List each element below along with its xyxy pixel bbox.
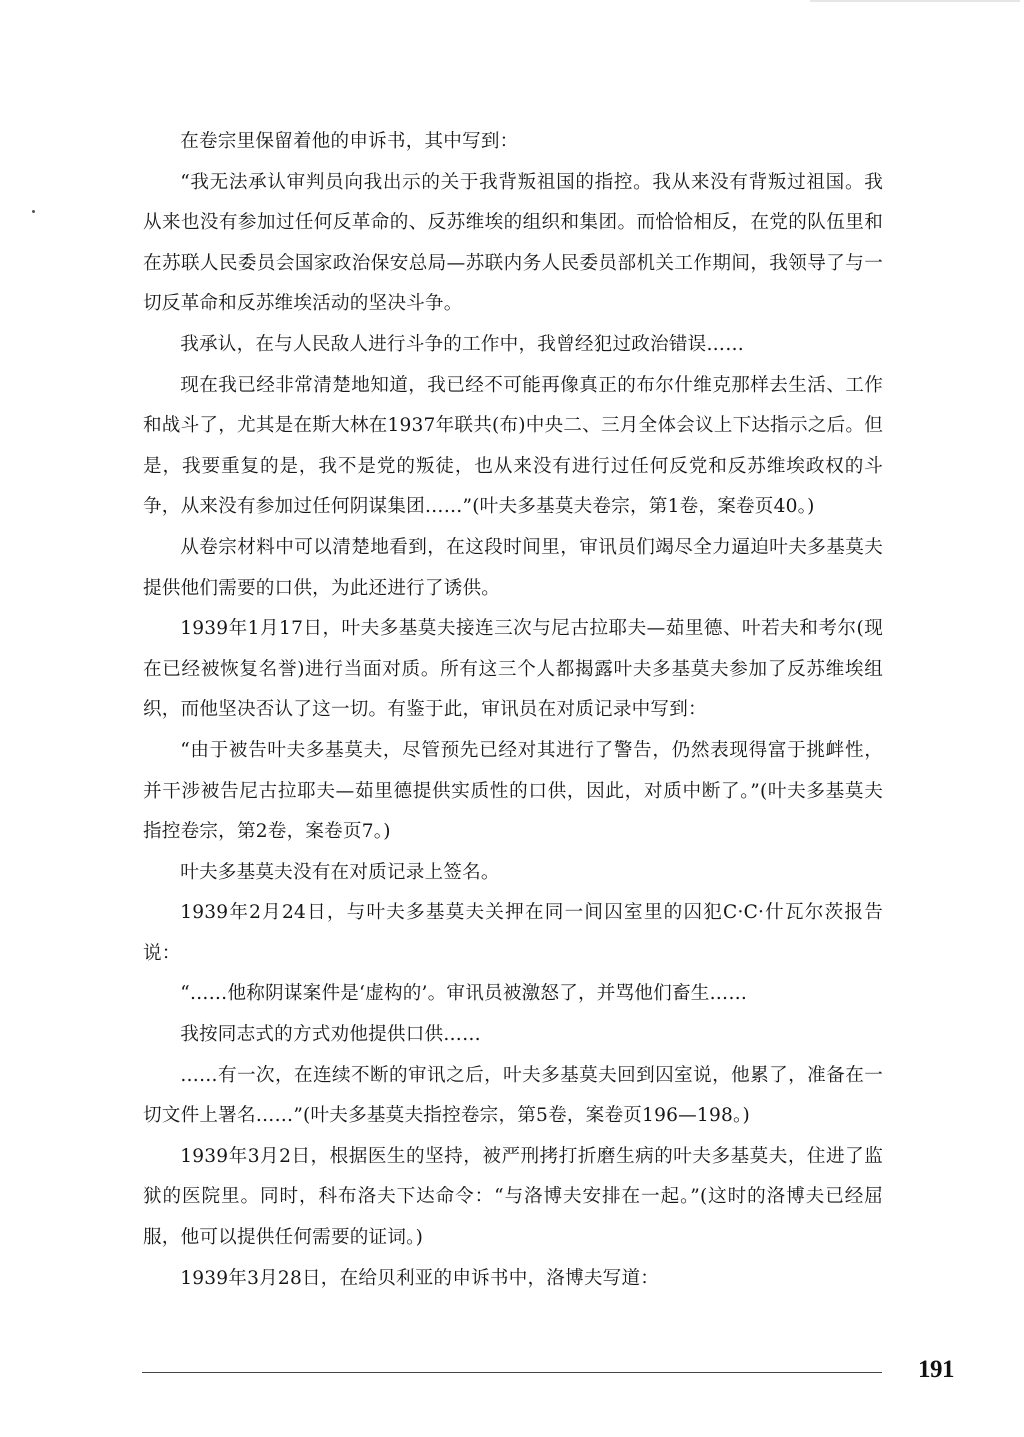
footer-rule — [142, 1372, 882, 1373]
paragraph-interrogators: 从卷宗材料中可以清楚地看到，在这段时间里，审讯员们竭尽全力逼迫叶夫多基莫夫提供他… — [143, 528, 883, 609]
paragraph-appeal-continued: 现在我已经非常清楚地知道，我已经不可能再像真正的布尔什维克那样去生活、工作和战斗… — [143, 366, 883, 528]
paragraph-report-quote-1: “……他称阴谋案件是‘虚构的’。审讯员被激怒了，并骂他们畜生…… — [143, 974, 883, 1015]
paragraph-hospital: 1939年3月2日，根据医生的坚持，被严刑拷打折磨生病的叶夫多基莫夫，住进了监狱… — [143, 1137, 883, 1259]
paragraph-admission: 我承认，在与人民敌人进行斗争的工作中，我曾经犯过政治错误…… — [143, 325, 883, 366]
paragraph-appeal-quote: “我无法承认审判员向我出示的关于我背叛祖国的指控。我从来没有背叛过祖国。我从来也… — [143, 163, 883, 325]
paragraph-no-signature: 叶夫多基莫夫没有在对质记录上签名。 — [143, 853, 883, 894]
scan-edge-shadow — [810, 0, 1020, 2]
page-body: 在卷宗里保留着他的申诉书，其中写到： “我无法承认审判员向我出示的关于我背叛祖国… — [143, 122, 883, 1299]
paragraph-cellmate-report: 1939年2月24日，与叶夫多基莫夫关押在同一间囚室里的囚犯C·C·什瓦尔茨报告… — [143, 893, 883, 974]
page-number: 191 — [918, 1356, 954, 1384]
paragraph-lobov-appeal: 1939年3月28日，在给贝利亚的申诉书中，洛博夫写道： — [143, 1259, 883, 1300]
scan-speck — [32, 210, 35, 213]
paragraph-confrontation-record: “由于被告叶夫多基莫夫，尽管预先已经对其进行了警告，仍然表现得富于挑衅性，并干涉… — [143, 731, 883, 853]
paragraph-report-quote-3: ……有一次，在连续不断的审讯之后，叶夫多基莫夫回到囚室说，他累了，准备在一切文件… — [143, 1056, 883, 1137]
paragraph-report-quote-2: 我按同志式的方式劝他提供口供…… — [143, 1015, 883, 1056]
paragraph-intro: 在卷宗里保留着他的申诉书，其中写到： — [143, 122, 883, 163]
paragraph-confrontation: 1939年1月17日，叶夫多基莫夫接连三次与尼古拉耶夫—茹里德、叶若夫和考尔(现… — [143, 609, 883, 731]
